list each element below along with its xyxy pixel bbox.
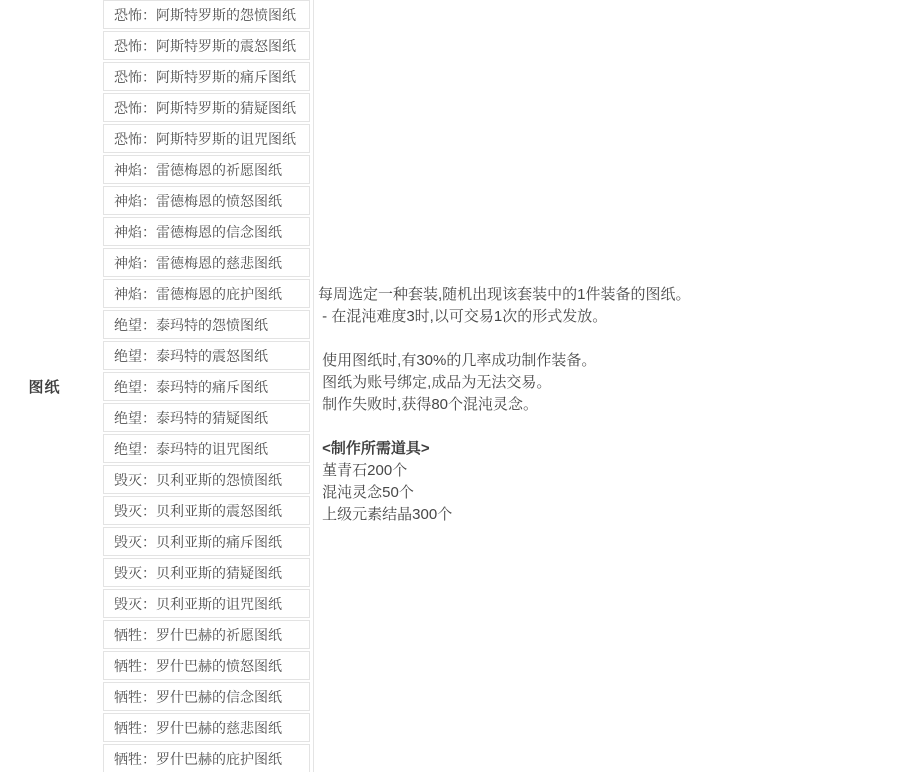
blueprint-item-label: 毁灭：贝利亚斯的怨愤图纸 — [114, 470, 282, 490]
blueprint-item: 牺牲：罗什巴赫的庇护图纸 — [103, 744, 310, 772]
description-line — [318, 416, 899, 438]
blueprint-item-label: 绝望：泰玛特的痛斥图纸 — [114, 377, 268, 397]
blueprint-item-label: 绝望：泰玛特的诅咒图纸 — [114, 439, 268, 459]
blueprint-list: 恐怖：阿斯特罗斯的怨愤图纸 恐怖：阿斯特罗斯的震怒图纸 恐怖：阿斯特罗斯的痛斥图… — [103, 0, 314, 772]
blueprint-item-label: 恐怖：阿斯特罗斯的猜疑图纸 — [114, 98, 296, 118]
row-header-label: 图纸 — [28, 376, 60, 397]
blueprint-item-label: 恐怖：阿斯特罗斯的痛斥图纸 — [114, 67, 296, 87]
blueprint-item-label: 毁灭：贝利亚斯的震怒图纸 — [114, 501, 282, 521]
blueprint-item-label: 毁灭：贝利亚斯的诅咒图纸 — [114, 594, 282, 614]
description-line: 堇青石200个 — [318, 460, 899, 482]
blueprint-item: 毁灭：贝利亚斯的痛斥图纸 — [103, 527, 310, 556]
blueprint-item: 恐怖：阿斯特罗斯的震怒图纸 — [103, 31, 310, 60]
blueprint-item: 神焰：雷德梅恩的祈愿图纸 — [103, 155, 310, 184]
blueprint-item: 神焰：雷德梅恩的慈悲图纸 — [103, 248, 310, 277]
description-line: 图纸为账号绑定,成品为无法交易。 — [318, 372, 899, 394]
blueprint-item-label: 绝望：泰玛特的猜疑图纸 — [114, 408, 268, 428]
blueprint-item: 毁灭：贝利亚斯的怨愤图纸 — [103, 465, 310, 494]
description-block: 每周选定一种套装,随机出现该套装中的1件装备的图纸。 - 在混沌难度3时,以可交… — [314, 0, 899, 772]
blueprint-item-label: 牺牲：罗什巴赫的信念图纸 — [114, 687, 282, 707]
blueprint-item-label: 神焰：雷德梅恩的庇护图纸 — [114, 284, 282, 304]
blueprint-item: 绝望：泰玛特的诅咒图纸 — [103, 434, 310, 463]
description-line: - 在混沌难度3时,以可交易1次的形式发放。 — [318, 306, 899, 328]
blueprint-item: 绝望：泰玛特的怨愤图纸 — [103, 310, 310, 339]
blueprint-item-label: 绝望：泰玛特的怨愤图纸 — [114, 315, 268, 335]
blueprint-item: 牺牲：罗什巴赫的慈悲图纸 — [103, 713, 310, 742]
blueprint-item-label: 牺牲：罗什巴赫的祈愿图纸 — [114, 625, 282, 645]
blueprint-item: 毁灭：贝利亚斯的震怒图纸 — [103, 496, 310, 525]
description-line: 制作失败时,获得80个混沌灵念。 — [318, 394, 899, 416]
blueprint-item-label: 恐怖：阿斯特罗斯的怨愤图纸 — [114, 5, 296, 25]
description-line: 每周选定一种套装,随机出现该套装中的1件装备的图纸。 — [318, 284, 899, 306]
blueprint-item: 恐怖：阿斯特罗斯的猜疑图纸 — [103, 93, 310, 122]
blueprint-item: 牺牲：罗什巴赫的信念图纸 — [103, 682, 310, 711]
blueprint-item-label: 牺牲：罗什巴赫的慈悲图纸 — [114, 718, 282, 738]
blueprint-item: 牺牲：罗什巴赫的祈愿图纸 — [103, 620, 310, 649]
blueprint-item: 恐怖：阿斯特罗斯的怨愤图纸 — [103, 0, 310, 29]
blueprint-item: 恐怖：阿斯特罗斯的诅咒图纸 — [103, 124, 310, 153]
blueprint-item-label: 神焰：雷德梅恩的慈悲图纸 — [114, 253, 282, 273]
blueprint-item: 神焰：雷德梅恩的愤怒图纸 — [103, 186, 310, 215]
blueprint-item-label: 绝望：泰玛特的震怒图纸 — [114, 346, 268, 366]
description-line: 混沌灵念50个 — [318, 482, 899, 504]
description-line: 上级元素结晶300个 — [318, 504, 899, 526]
description-line — [318, 328, 899, 350]
row-header-cell: 图纸 — [0, 0, 103, 772]
blueprint-item: 绝望：泰玛特的震怒图纸 — [103, 341, 310, 370]
blueprint-item: 绝望：泰玛特的痛斥图纸 — [103, 372, 310, 401]
blueprint-item: 绝望：泰玛特的猜疑图纸 — [103, 403, 310, 432]
blueprint-item-label: 毁灭：贝利亚斯的痛斥图纸 — [114, 532, 282, 552]
wiki-table-row: 图纸 恐怖：阿斯特罗斯的怨愤图纸 恐怖：阿斯特罗斯的震怒图纸 恐怖：阿斯特罗斯的… — [0, 0, 899, 772]
blueprint-item: 毁灭：贝利亚斯的猜疑图纸 — [103, 558, 310, 587]
blueprint-item-label: 神焰：雷德梅恩的祈愿图纸 — [114, 160, 282, 180]
blueprint-item: 恐怖：阿斯特罗斯的痛斥图纸 — [103, 62, 310, 91]
blueprint-item: 毁灭：贝利亚斯的诅咒图纸 — [103, 589, 310, 618]
blueprint-item-label: 恐怖：阿斯特罗斯的诅咒图纸 — [114, 129, 296, 149]
blueprint-item: 神焰：雷德梅恩的信念图纸 — [103, 217, 310, 246]
blueprint-item-label: 毁灭：贝利亚斯的猜疑图纸 — [114, 563, 282, 583]
blueprint-item-label: 牺牲：罗什巴赫的庇护图纸 — [114, 749, 282, 769]
blueprint-item-label: 神焰：雷德梅恩的愤怒图纸 — [114, 191, 282, 211]
blueprint-item: 神焰：雷德梅恩的庇护图纸 — [103, 279, 310, 308]
blueprint-item: 牺牲：罗什巴赫的愤怒图纸 — [103, 651, 310, 680]
description-line: 使用图纸时,有30%的几率成功制作装备。 — [318, 350, 899, 372]
description-line: <制作所需道具> — [318, 438, 899, 460]
blueprint-item-label: 牺牲：罗什巴赫的愤怒图纸 — [114, 656, 282, 676]
blueprint-item-label: 神焰：雷德梅恩的信念图纸 — [114, 222, 282, 242]
blueprint-item-label: 恐怖：阿斯特罗斯的震怒图纸 — [114, 36, 296, 56]
